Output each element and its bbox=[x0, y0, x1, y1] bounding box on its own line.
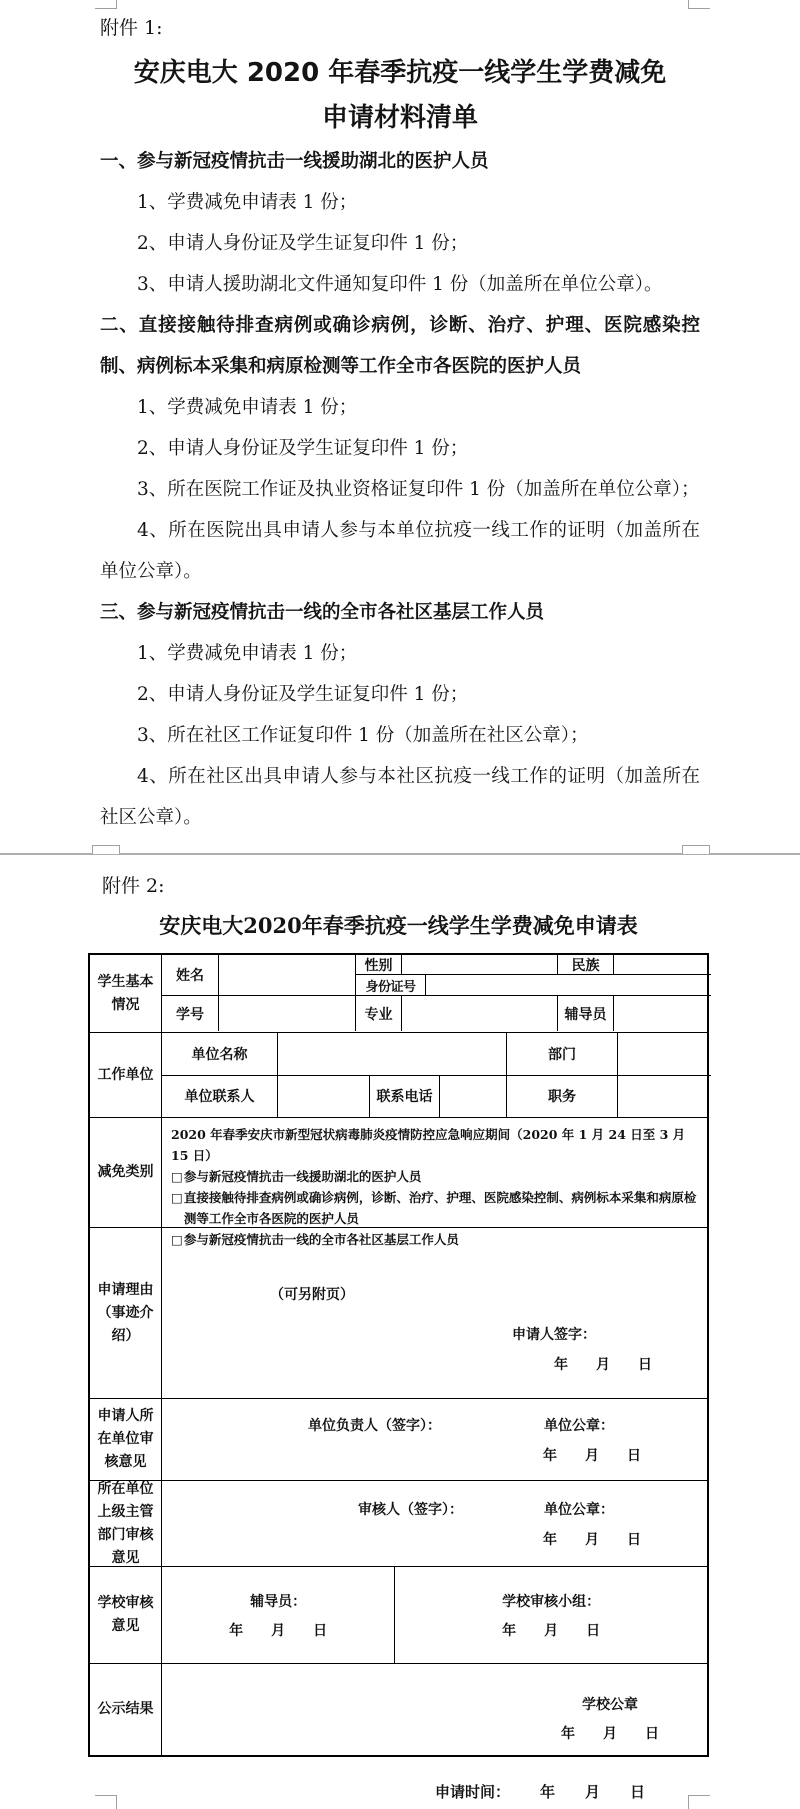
crop-mark-bottom-left bbox=[95, 1795, 117, 1809]
category-options-cell: 2020 年春季安庆市新型冠状病毒肺炎疫情防控应急响应期间（2020 年 1 月… bbox=[162, 1118, 707, 1227]
material-list-sections: 一、参与新冠疫情抗击一线援助湖北的医护人员1、学费减免申请表 1 份；2、申请人… bbox=[100, 141, 700, 838]
unit-review-cell[interactable]: 单位负责人（签字）： 单位公章： 年 月 日 bbox=[162, 1399, 707, 1480]
counselor-sign-cell[interactable]: 辅导员： 年 月 日 bbox=[162, 1567, 395, 1663]
reason-section: 申请理由（事迹介绍） （可另附页） 申请人签字： 年 月 日 bbox=[90, 1227, 707, 1398]
section-2-item-3: 3、所在医院工作证及执业资格证复印件 1 份（加盖所在单位公章）； bbox=[100, 469, 700, 510]
unit-name-label: 单位名称 bbox=[162, 1033, 278, 1075]
section-1-item-1: 1、学费减免申请表 1 份； bbox=[100, 182, 700, 223]
form-title: 安庆电大2020年春季抗疫一线学生学费减免申请表 bbox=[88, 911, 709, 941]
student-no-label: 学号 bbox=[162, 996, 219, 1031]
date-blank: 年 月 日 bbox=[543, 1445, 641, 1465]
category-option-label: 直接接触待排查病例或确诊病例，诊断、治疗、护理、医院感染控制、病例标本采集和病原… bbox=[184, 1187, 699, 1229]
section-2-item-4: 4、所在医院出具申请人参与本单位抗疫一线工作的证明（加盖所在单位公章）。 bbox=[100, 510, 700, 592]
page-1: 附件 1: 安庆电大 2020 年春季抗疫一线学生学费减免 申请材料清单 一、参… bbox=[0, 0, 800, 854]
apply-time-line: 申请时间：年 月 日 bbox=[88, 1781, 709, 1802]
document-title-line2: 申请材料清单 bbox=[100, 96, 700, 141]
ethnicity-input-cell[interactable] bbox=[614, 955, 711, 974]
counselor-label: 辅导员 bbox=[558, 996, 614, 1031]
crop-mark-top-left bbox=[95, 0, 117, 9]
page-break-line bbox=[0, 853, 800, 855]
superior-review-section: 所在单位上级主管部门审核意见 审核人（签字）： 单位公章： 年 月 日 bbox=[90, 1480, 707, 1566]
applicant-sign-label: 申请人签字： bbox=[512, 1324, 652, 1344]
category-option-label: 参与新冠疫情抗击一线援助湖北的医护人员 bbox=[184, 1166, 422, 1187]
crop-mark-top-right bbox=[688, 0, 710, 9]
category-section-label: 减免类别 bbox=[90, 1118, 162, 1227]
date-blank: 年 月 日 bbox=[554, 1354, 652, 1374]
crop-mark-break-left bbox=[92, 845, 120, 854]
date-blank: 年 月 日 bbox=[540, 1783, 645, 1801]
checkbox-icon[interactable]: □ bbox=[171, 1187, 183, 1208]
category-intro: 2020 年春季安庆市新型冠状病毒肺炎疫情防控应急响应期间（2020 年 1 月… bbox=[171, 1124, 699, 1166]
section-heading-1: 一、参与新冠疫情抗击一线援助湖北的医护人员 bbox=[100, 141, 700, 182]
gender-input-cell[interactable] bbox=[402, 955, 558, 974]
work-section-label: 工作单位 bbox=[90, 1033, 162, 1117]
unit-seal-label: 单位公章： bbox=[544, 1415, 614, 1435]
crop-mark-break-right bbox=[682, 845, 710, 854]
counselor-input-cell[interactable] bbox=[614, 996, 711, 1031]
phone-input-cell[interactable] bbox=[440, 1076, 507, 1118]
publicity-section: 公示结果 学校公章 年 月 日 bbox=[90, 1663, 707, 1755]
reason-input-cell[interactable]: （可另附页） 申请人签字： 年 月 日 bbox=[162, 1228, 707, 1398]
student-no-input-cell[interactable] bbox=[219, 996, 356, 1031]
section-3-item-1: 1、学费减免申请表 1 份； bbox=[100, 633, 700, 674]
category-option-2: □直接接触待排查病例或确诊病例，诊断、治疗、护理、医院感染控制、病例标本采集和病… bbox=[171, 1187, 699, 1229]
checkbox-icon[interactable]: □ bbox=[171, 1166, 183, 1187]
unit-review-section: 申请人所在单位审核意见 单位负责人（签字）： 单位公章： 年 月 日 bbox=[90, 1398, 707, 1480]
unit-contact-label: 单位联系人 bbox=[162, 1076, 278, 1118]
student-section-label: 学生基本情况 bbox=[90, 955, 162, 1032]
reason-section-label: 申请理由（事迹介绍） bbox=[90, 1228, 162, 1398]
school-panel-cell[interactable]: 学校审核小组： 年 月 日 bbox=[395, 1567, 707, 1663]
attachment-1-label: 附件 1: bbox=[100, 13, 700, 43]
superior-review-section-label: 所在单位上级主管部门审核意见 bbox=[90, 1481, 162, 1566]
gender-label: 性别 bbox=[356, 955, 402, 974]
date-blank: 年 月 日 bbox=[561, 1723, 659, 1743]
category-section: 减免类别 2020 年春季安庆市新型冠状病毒肺炎疫情防控应急响应期间（2020 … bbox=[90, 1117, 707, 1227]
section-2-item-1: 1、学费减免申请表 1 份； bbox=[100, 387, 700, 428]
school-review-section: 学校审核意见 辅导员： 年 月 日 学校审核小组： 年 月 日 bbox=[90, 1566, 707, 1663]
unit-leader-sign-label: 单位负责人（签字）： bbox=[308, 1415, 441, 1435]
document-title-line1: 安庆电大 2020 年春季抗疫一线学生学费减免 bbox=[100, 51, 700, 96]
section-2-item-2: 2、申请人身份证及学生证复印件 1 份； bbox=[100, 428, 700, 469]
id-number-input-cell[interactable] bbox=[426, 975, 711, 995]
position-input-cell[interactable] bbox=[618, 1076, 711, 1118]
page-2: 附件 2: 安庆电大2020年春季抗疫一线学生学费减免申请表 学生基本情况 姓名… bbox=[0, 854, 800, 1802]
name-input-cell[interactable] bbox=[219, 955, 356, 995]
reviewer-sign-label: 审核人（签字）： bbox=[358, 1499, 463, 1519]
ethnicity-label: 民族 bbox=[558, 955, 614, 974]
id-number-label: 身份证号 bbox=[356, 975, 426, 995]
section-heading-3: 三、参与新冠疫情抗击一线的全市各社区基层工作人员 bbox=[100, 592, 700, 633]
section-heading-2: 二、直接接触待排查病例或确诊病例，诊断、治疗、护理、医院感染控制、病例标本采集和… bbox=[100, 305, 700, 387]
attachment-2-label: 附件 2: bbox=[102, 873, 800, 899]
school-seal-label: 学校公章 bbox=[561, 1694, 659, 1714]
category-option-1: □参与新冠疫情抗击一线援助湖北的医护人员 bbox=[171, 1166, 699, 1187]
unit-seal-label: 单位公章： bbox=[544, 1499, 614, 1519]
unit-contact-input-cell[interactable] bbox=[278, 1076, 370, 1118]
department-label: 部门 bbox=[507, 1033, 618, 1075]
counselor-sign-label: 辅导员： bbox=[250, 1591, 306, 1611]
section-1-item-2: 2、申请人身份证及学生证复印件 1 份； bbox=[100, 223, 700, 264]
school-review-section-label: 学校审核意见 bbox=[90, 1567, 162, 1663]
position-label: 职务 bbox=[507, 1076, 618, 1118]
major-input-cell[interactable] bbox=[402, 996, 558, 1031]
crop-mark-bottom-right bbox=[688, 1795, 710, 1809]
major-label: 专业 bbox=[356, 996, 402, 1031]
work-unit-section: 工作单位 单位名称 部门 单位联系人 联系电话 职务 bbox=[90, 1032, 707, 1117]
unit-review-section-label: 申请人所在单位审核意见 bbox=[90, 1399, 162, 1480]
date-blank: 年 月 日 bbox=[543, 1529, 641, 1549]
student-info-section: 学生基本情况 姓名 性别 民族 身份证号 bbox=[90, 955, 707, 1032]
name-label: 姓名 bbox=[162, 955, 219, 995]
publicity-section-label: 公示结果 bbox=[90, 1664, 162, 1755]
date-blank: 年 月 日 bbox=[229, 1620, 327, 1640]
reason-note: （可另附页） bbox=[270, 1284, 707, 1304]
department-input-cell[interactable] bbox=[618, 1033, 711, 1075]
superior-review-cell[interactable]: 审核人（签字）： 单位公章： 年 月 日 bbox=[162, 1481, 707, 1566]
unit-name-input-cell[interactable] bbox=[278, 1033, 507, 1075]
phone-label: 联系电话 bbox=[370, 1076, 440, 1118]
section-1-item-3: 3、申请人援助湖北文件通知复印件 1 份（加盖所在单位公章）。 bbox=[100, 264, 700, 305]
apply-time-label: 申请时间： bbox=[435, 1783, 510, 1801]
date-blank: 年 月 日 bbox=[502, 1620, 600, 1640]
section-3-item-2: 2、申请人身份证及学生证复印件 1 份； bbox=[100, 674, 700, 715]
application-form-table: 学生基本情况 姓名 性别 民族 身份证号 bbox=[88, 953, 709, 1757]
publicity-result-cell[interactable]: 学校公章 年 月 日 bbox=[162, 1664, 707, 1755]
section-3-item-4: 4、所在社区出具申请人参与本社区抗疫一线工作的证明（加盖所在社区公章）。 bbox=[100, 756, 700, 838]
section-3-item-3: 3、所在社区工作证复印件 1 份（加盖所在社区公章）； bbox=[100, 715, 700, 756]
school-panel-label: 学校审核小组： bbox=[502, 1591, 600, 1611]
